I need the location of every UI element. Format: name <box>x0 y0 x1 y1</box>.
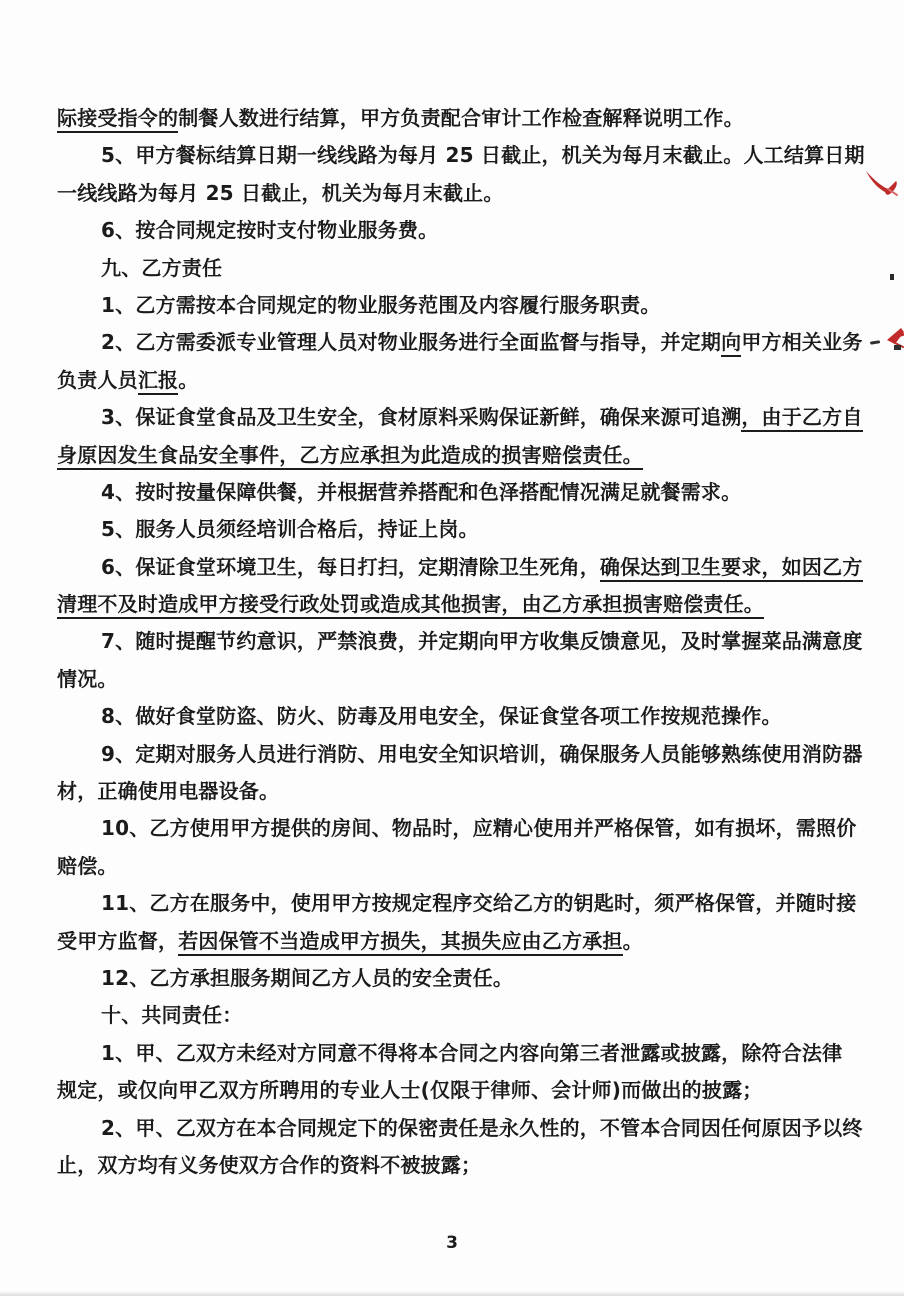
text-segment: 赔偿。 <box>57 854 118 878</box>
underlined-text-segment: 向 <box>721 330 741 357</box>
scan-bottom-edge-shadow <box>0 1291 904 1296</box>
text-segment: 材，正确使用电器设备。 <box>57 779 279 803</box>
text-segment: 10、乙方使用甲方提供的房间、物品时，应精心使用并严格保管，如有损坏，需照价 <box>101 816 856 840</box>
text-segment: 止，双方均有义务使双方合作的资料不被披露； <box>57 1153 481 1177</box>
text-line: 7、随时提醒节约意识，严禁浪费，并定期向甲方收集反馈意见，及时掌握菜品满意度 <box>57 623 857 660</box>
text-segment: 。 <box>178 368 198 392</box>
text-line: 5、甲方餐标结算日期一线线路为每月 25 日截止，机关为每月末截止。人工结算日期 <box>57 137 857 174</box>
text-segment: 3、保证食堂食品及卫生安全，食材原料采购保证新鲜，确保来源可追溯 <box>101 405 741 429</box>
text-line: 4、按时按量保障供餐，并根据营养搭配和色泽搭配情况满足就餐需求。 <box>57 474 857 511</box>
text-segment: 受甲方监督， <box>57 929 178 953</box>
text-segment: 制餐人数进行结算，甲方负责配合审计工作检查解释说明工作。 <box>178 106 744 130</box>
text-line: 5、服务人员须经培训合格后，持证上岗。 <box>57 511 857 548</box>
text-line: 规定，或仅向甲乙双方所聘用的专业人士(仅限于律师、会计师)而做出的披露； <box>57 1072 857 1109</box>
section-heading: 九、乙方责任 <box>57 250 857 287</box>
text-line: 11、乙方在服务中，使用甲方按规定程序交给乙方的钥匙时，须严格保管，并随时接 <box>57 885 857 922</box>
text-segment: 9、定期对服务人员进行消防、用电安全知识培训，确保服务人员能够熟练使用消防器 <box>101 742 863 766</box>
text-segment: 6、按合同规定按时支付物业服务费。 <box>101 218 438 242</box>
text-segment: 8、做好食堂防盗、防火、防毒及用电安全，保证食堂各项工作按规范操作。 <box>101 704 782 728</box>
text-line: 身原因发生食品安全事件，乙方应承担为此造成的损害赔偿责任。 <box>57 437 857 474</box>
text-segment: 九、乙方责任 <box>101 256 222 280</box>
text-line: 情况。 <box>57 661 857 698</box>
text-line: 2、甲、乙双方在本合同规定下的保密责任是永久性的，不管本合同因任何原因予以终 <box>57 1110 857 1147</box>
text-line: 8、做好食堂防盗、防火、防毒及用电安全，保证食堂各项工作按规范操作。 <box>57 698 857 735</box>
text-line: 赔偿。 <box>57 848 857 885</box>
scanned-contract-page: 际接受指令的制餐人数进行结算，甲方负责配合审计工作检查解释说明工作。5、甲方餐标… <box>0 0 904 1296</box>
text-line: 受甲方监督，若因保管不当造成甲方损失，其损失应由乙方承担。 <box>57 923 857 960</box>
underlined-text-segment: 确保达到卫生要求，如因乙方 <box>600 555 863 582</box>
text-segment: 规定，或仅向甲乙双方所聘用的专业人士(仅限于律师、会计师)而做出的披露； <box>57 1078 762 1102</box>
text-segment: 4、按时按量保障供餐，并根据营养搭配和色泽搭配情况满足就餐需求。 <box>101 480 741 504</box>
text-line: 3、保证食堂食品及卫生安全，食材原料采购保证新鲜，确保来源可追溯，由于乙方自 <box>57 399 857 436</box>
ink-speck-dot <box>890 274 894 280</box>
text-segment: 2、乙方需委派专业管理人员对物业服务进行全面监督与指导，并定期 <box>101 330 721 354</box>
ink-dash-mark <box>870 340 901 350</box>
text-segment: 1、乙方需按本合同规定的物业服务范围及内容履行服务职责。 <box>101 293 661 317</box>
text-line: 12、乙方承担服务期间乙方人员的安全责任。 <box>57 960 857 997</box>
text-segment: 负责人员 <box>57 368 138 392</box>
underlined-text-segment: 际接受指令的 <box>57 106 178 133</box>
text-line: 9、定期对服务人员进行消防、用电安全知识培训，确保服务人员能够熟练使用消防器 <box>57 736 857 773</box>
text-line: 际接受指令的制餐人数进行结算，甲方负责配合审计工作检查解释说明工作。 <box>57 100 857 137</box>
text-line: 1、甲、乙双方未经对方同意不得将本合同之内容向第三者泄露或披露，除符合法律 <box>57 1035 857 1072</box>
text-segment: 7、随时提醒节约意识，严禁浪费，并定期向甲方收集反馈意见，及时掌握菜品满意度 <box>101 629 863 653</box>
text-line: 清理不及时造成甲方接受行政处罚或造成其他损害，由乙方承担损害赔偿责任。 <box>57 586 857 623</box>
text-line: 1、乙方需按本合同规定的物业服务范围及内容履行服务职责。 <box>57 287 857 324</box>
text-segment: 1、甲、乙双方未经对方同意不得将本合同之内容向第三者泄露或披露，除符合法律 <box>101 1041 842 1065</box>
text-segment: 2、甲、乙双方在本合同规定下的保密责任是永久性的，不管本合同因任何原因予以终 <box>101 1116 863 1140</box>
underlined-text-segment: ，由于乙方自 <box>741 405 862 432</box>
page-number: 3 <box>0 1233 904 1253</box>
text-segment: 11、乙方在服务中，使用甲方按规定程序交给乙方的钥匙时，须严格保管，并随时接 <box>101 891 856 915</box>
text-line: 6、保证食堂环境卫生，每日打扫，定期清除卫生死角，确保达到卫生要求，如因乙方 <box>57 549 857 586</box>
text-segment: 12、乙方承担服务期间乙方人员的安全责任。 <box>101 966 513 990</box>
red-pen-arrow-mark <box>887 328 904 347</box>
section-heading: 十、共同责任： <box>57 997 857 1034</box>
text-segment: 情况。 <box>57 667 118 691</box>
document-lines: 际接受指令的制餐人数进行结算，甲方负责配合审计工作检查解释说明工作。5、甲方餐标… <box>57 100 857 1184</box>
text-line: 材，正确使用电器设备。 <box>57 773 857 810</box>
text-segment: 5、服务人员须经培训合格后，持证上岗。 <box>101 517 479 541</box>
red-pen-check-mark <box>866 171 897 195</box>
text-segment: 十、共同责任： <box>101 1003 242 1027</box>
text-segment: 5、甲方餐标结算日期一线线路为每月 25 日截止，机关为每月末截止。人工结算日期 <box>101 143 865 167</box>
text-segment: 。 <box>623 929 643 953</box>
underlined-text-segment: 身原因发生食品安全事件，乙方应承担为此造成的损害赔偿责任。 <box>57 443 643 470</box>
underlined-text-segment: 若因保管不当造成甲方损失，其损失应由乙方承担 <box>178 929 622 956</box>
text-segment: 甲方相关业务 <box>741 330 862 354</box>
text-line: 6、按合同规定按时支付物业服务费。 <box>57 212 857 249</box>
text-line: 止，双方均有义务使双方合作的资料不被披露； <box>57 1147 857 1184</box>
text-line: 2、乙方需委派专业管理人员对物业服务进行全面监督与指导，并定期向甲方相关业务 <box>57 324 857 361</box>
text-line: 负责人员汇报。 <box>57 362 857 399</box>
text-segment: 一线线路为每月 25 日截止，机关为每月末截止。 <box>57 181 504 205</box>
text-line: 10、乙方使用甲方提供的房间、物品时，应精心使用并严格保管，如有损坏，需照价 <box>57 810 857 847</box>
underlined-text-segment: 清理不及时造成甲方接受行政处罚或造成其他损害，由乙方承担损害赔偿责任。 <box>57 592 764 619</box>
text-line: 一线线路为每月 25 日截止，机关为每月末截止。 <box>57 175 857 212</box>
underlined-text-segment: 汇报 <box>138 368 178 395</box>
text-segment: 6、保证食堂环境卫生，每日打扫，定期清除卫生死角， <box>101 555 600 579</box>
